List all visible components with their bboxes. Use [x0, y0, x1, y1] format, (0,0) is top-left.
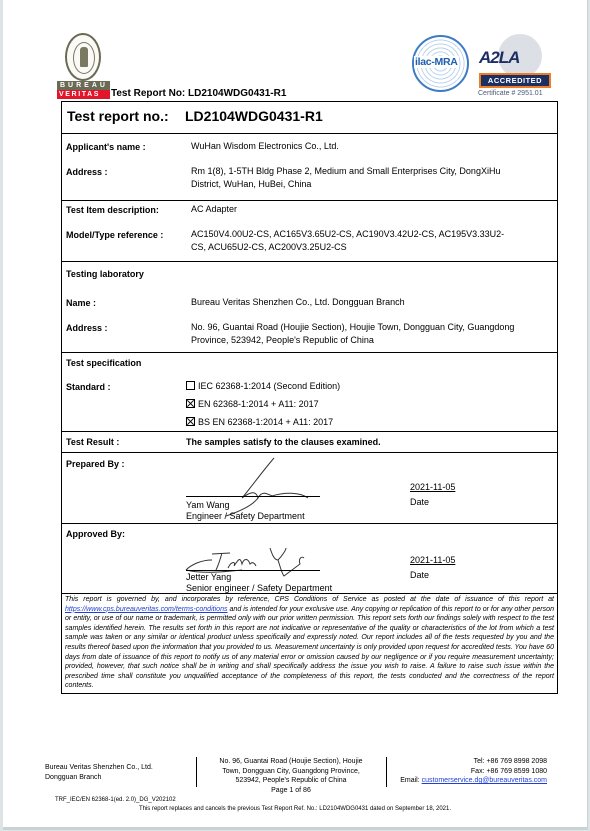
lab-name-label: Name : — [66, 298, 96, 308]
footer-address: No. 96, Guantai Road (Houjie Section), H… — [196, 757, 386, 795]
approved-date-label: Date — [410, 570, 429, 580]
test-item-value: AC Adapter — [191, 203, 237, 216]
page-number: Page 1 of 86 — [196, 786, 386, 796]
lab-address-label: Address : — [66, 323, 108, 333]
ilac-mra-label: ilac-MRA — [414, 56, 459, 68]
test-item-label: Test Item description: — [66, 205, 159, 215]
lab-address-value: No. 96, Guantai Road (Houjie Section), H… — [191, 321, 514, 347]
divider — [62, 133, 557, 134]
terms-conditions-link[interactable]: https://www.cps.bureauveritas.com/terms-… — [65, 606, 228, 613]
test-spec-heading: Test specification — [66, 358, 141, 368]
prepared-signature-line — [186, 496, 320, 497]
applicant-label: Applicant's name : — [66, 142, 146, 152]
standard-option[interactable]: BS EN 62368-1:2014 + A11: 2017 — [186, 416, 333, 429]
prepared-role: Engineer / Safety Department — [186, 510, 305, 523]
standard-checkbox-checked[interactable] — [186, 399, 195, 408]
standard-label: Standard : — [66, 382, 111, 392]
logo-bureau: BUREAU — [57, 81, 110, 90]
model-value: AC150V4.00U2-CS, AC165V3.65U2-CS, AC190V… — [191, 228, 504, 254]
report-number-heading: Test Report No: LD2104WDG0431-R1 — [111, 88, 286, 99]
prepared-date-label: Date — [410, 497, 429, 507]
applicant-value: WuHan Wisdom Electronics Co., Ltd. — [191, 140, 339, 153]
standard-option[interactable]: EN 62368-1:2014 + A11: 2017 — [186, 398, 319, 411]
divider — [62, 261, 557, 262]
prepared-date: 2021-11-05 — [410, 482, 455, 492]
divider — [62, 352, 557, 353]
bureau-veritas-seal-icon — [65, 33, 101, 81]
standard-checkbox-checked[interactable] — [186, 417, 195, 426]
testing-lab-heading: Testing laboratory — [66, 269, 144, 279]
report-page: BUREAU VERITAS Test Report No: LD2104WDG… — [3, 0, 588, 830]
applicant-address-value: Rm 1(8), 1-5TH Bldg Phase 2, Medium and … — [191, 165, 500, 191]
certificate-number: Certificate # 2951.01 — [478, 90, 543, 97]
accredited-badge: ACCREDITED — [479, 73, 551, 88]
divider — [62, 452, 557, 453]
standard-option[interactable]: IEC 62368-1:2014 (Second Edition) — [186, 380, 340, 393]
report-summary-form: Test report no.: LD2104WDG0431-R1 Applic… — [61, 101, 558, 594]
test-result-label: Test Result : — [66, 437, 119, 447]
divider — [62, 523, 557, 524]
approved-date: 2021-11-05 — [410, 555, 455, 565]
approved-by-label: Approved By: — [66, 529, 125, 539]
footer-contact: Tel: +86 769 8998 2098Fax: +86 769 8599 … — [387, 757, 547, 786]
applicant-address-label: Address : — [66, 167, 108, 177]
divider — [62, 431, 557, 432]
a2la-logo: A2LA — [479, 48, 519, 68]
model-label: Model/Type reference : — [66, 230, 163, 240]
report-no-label: Test report no.: — [67, 108, 169, 124]
divider — [62, 200, 557, 201]
test-result-value: The samples satisfy to the clauses exami… — [186, 437, 381, 447]
lab-name-value: Bureau Veritas Shenzhen Co., Ltd. Donggu… — [191, 296, 405, 309]
replaces-note: This report replaces and cancels the pre… — [3, 805, 587, 815]
footer-company: Bureau Veritas Shenzhen Co., Ltd.Donggua… — [45, 763, 153, 782]
standard-checkbox-unchecked[interactable] — [186, 381, 195, 390]
prepared-by-label: Prepared By : — [66, 459, 125, 469]
logo-veritas: VERITAS — [57, 90, 110, 99]
email-link[interactable]: customerservice.dg@bureauveritas.com — [422, 777, 547, 784]
report-no-value: LD2104WDG0431-R1 — [185, 108, 323, 124]
legal-notice: This report is governed by, and incorpor… — [61, 594, 558, 694]
